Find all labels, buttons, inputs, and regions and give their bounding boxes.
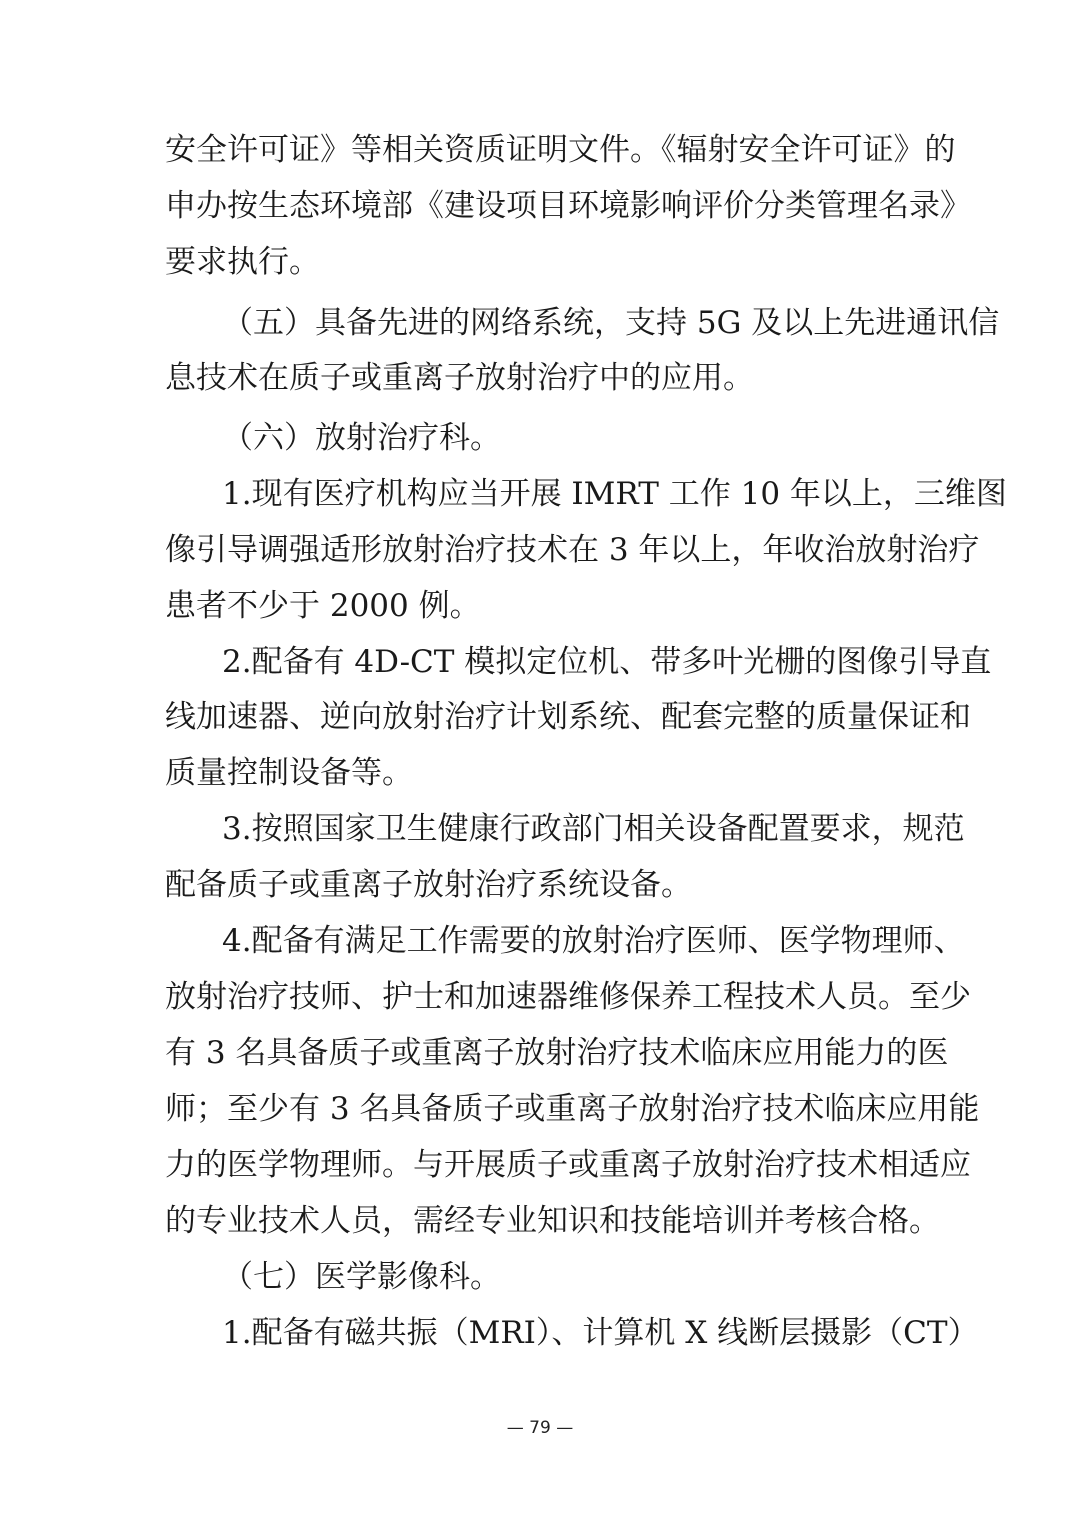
list-item-1: 1.现有医疗机构应当开展 IMRT 工作 10 年以上，三维图 [222, 474, 917, 514]
text-line: 师；至少有 3 名具备质子或重离子放射治疗技术临床应用能 [165, 1089, 917, 1129]
text-line: 有 3 名具备质子或重离子放射治疗技术临床应用能力的医 [165, 1033, 917, 1073]
section-heading-medical-imaging: （七）医学影像科。 [222, 1257, 917, 1297]
page-number: — 79 — [0, 1418, 1080, 1438]
document-page: 安全许可证》等相关资质证明文件。《辐射安全许可证》的 申办按生态环境部《建设项目… [0, 0, 1080, 1526]
text-line: 的专业技术人员，需经专业知识和技能培训并考核合格。 [165, 1201, 917, 1241]
text-line: 配备质子或重离子放射治疗系统设备。 [165, 865, 917, 905]
list-item-1: 1.配备有磁共振（MRI）、计算机 X 线断层摄影（CT） [222, 1313, 917, 1353]
text-line: 像引导调强适形放射治疗技术在 3 年以上，年收治放射治疗 [165, 530, 917, 570]
list-item-3: 3.按照国家卫生健康行政部门相关设备配置要求，规范 [222, 809, 917, 849]
text-line: 息技术在质子或重离子放射治疗中的应用。 [165, 358, 917, 398]
section-item-5: （五）具备先进的网络系统，支持 5G 及以上先进通讯信 [222, 303, 917, 343]
text-line: 力的医学物理师。与开展质子或重离子放射治疗技术相适应 [165, 1145, 917, 1185]
text-line: 放射治疗技师、护士和加速器维修保养工程技术人员。至少 [165, 977, 917, 1017]
text-line: 申办按生态环境部《建设项目环境影响评价分类管理名录》 [165, 186, 917, 226]
text-line: 线加速器、逆向放射治疗计划系统、配套完整的质量保证和 [165, 697, 917, 737]
text-line: 要求执行。 [165, 242, 917, 282]
list-item-2: 2.配备有 4D-CT 模拟定位机、带多叶光栅的图像引导直 [222, 642, 917, 682]
text-line: 安全许可证》等相关资质证明文件。《辐射安全许可证》的 [165, 130, 917, 170]
section-heading-radiotherapy: （六）放射治疗科。 [222, 418, 917, 458]
text-line: 质量控制设备等。 [165, 753, 917, 793]
list-item-4: 4.配备有满足工作需要的放射治疗医师、医学物理师、 [222, 921, 917, 961]
text-line: 患者不少于 2000 例。 [165, 586, 917, 626]
